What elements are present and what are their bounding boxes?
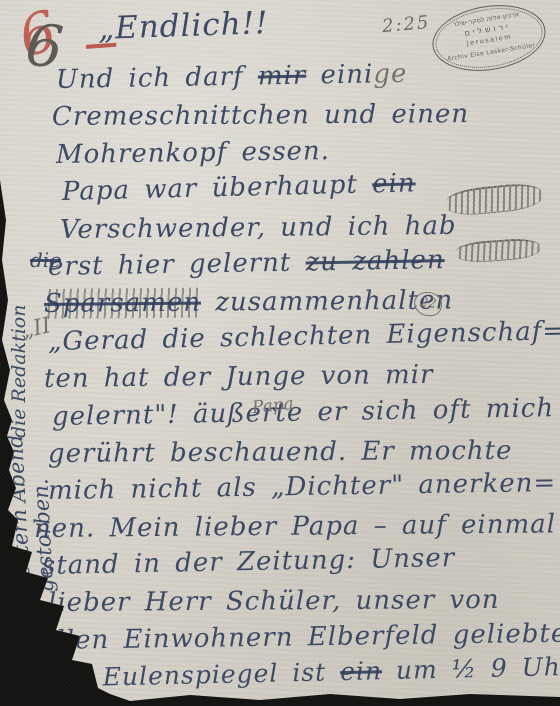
ink-text: Mohrenkopf essen. bbox=[56, 136, 330, 170]
ink-text: mich nicht als „Dichter" anerken= bbox=[48, 468, 557, 506]
manuscript-header-line: „Endlich!! bbox=[97, 5, 269, 47]
ink-text: nen. Mein lieber Papa – auf einmal bbox=[34, 509, 556, 544]
ink-text: lieber Herr Schüler, unser von bbox=[48, 585, 500, 618]
ink-text: gelernt"! äußerte er sich oft mich bbox=[52, 393, 555, 432]
scanned-manuscript-photo: { "document": { "kind": "handwritten man… bbox=[0, 0, 560, 706]
ink-text: um ½ 9 Uhr bbox=[382, 652, 560, 685]
ink-text: erst hier gelernt bbox=[48, 247, 306, 281]
margin-crossed-word: die bbox=[30, 248, 61, 272]
struck-text: Sparsamen bbox=[44, 288, 201, 319]
ink-text: „Gerad die schlechten Eigenschaf= bbox=[48, 316, 560, 357]
struck-text: zu zahlen bbox=[305, 245, 445, 277]
ink-text: stand in der Zeitung: Unser bbox=[42, 543, 456, 581]
manuscript-paper-sheet: 6 6 — „Endlich!! 2:25 ארכיון אלזה לסקר-ש… bbox=[0, 0, 560, 706]
struck-text: mir bbox=[258, 61, 307, 92]
manuscript-body: Und ich darf mir einigeCremeschnittchen … bbox=[38, 62, 558, 698]
pencil-text: ge bbox=[373, 59, 408, 90]
ink-text: Und ich darf bbox=[56, 61, 258, 95]
struck-text: ein bbox=[372, 169, 416, 200]
struck-text: ein bbox=[340, 656, 383, 686]
ink-text: eini bbox=[306, 59, 374, 90]
ink-text: ten hat der Junge von mir bbox=[44, 360, 434, 394]
ink-text: Verschwender, und ich hab bbox=[60, 210, 457, 244]
ink-text: Cremeschnittchen und einen bbox=[52, 99, 469, 132]
ink-text: Papa war überhaupt bbox=[62, 170, 373, 208]
manuscript-line: Und ich darf mir einige bbox=[56, 53, 559, 99]
ink-text: Tyll Eulenspiegel ist bbox=[38, 657, 341, 693]
manuscript-line: mich nicht als „Dichter" anerken= bbox=[48, 465, 559, 510]
shelf-number-pencil: 2:25 bbox=[381, 12, 431, 37]
ink-text: gerührt beschauend. Er mochte bbox=[48, 436, 513, 469]
